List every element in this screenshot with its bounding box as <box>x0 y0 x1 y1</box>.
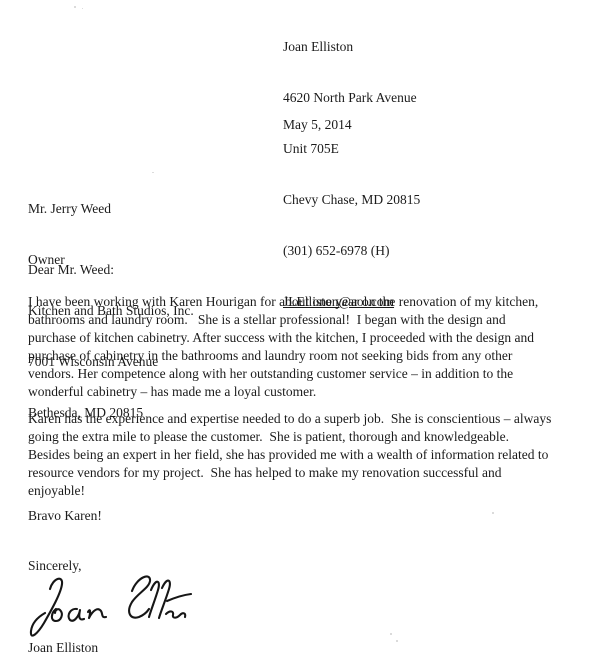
salutation: Dear Mr. Weed: <box>28 261 114 278</box>
scan-speckle <box>74 6 76 8</box>
handwritten-signature <box>20 569 200 643</box>
sender-address-line3: Chevy Chase, MD 20815 <box>283 191 420 208</box>
scan-speckle <box>396 640 398 642</box>
scanned-letter-page: Joan Elliston 4620 North Park Avenue Uni… <box>0 0 600 664</box>
scan-speckle <box>492 512 494 514</box>
scan-speckle <box>152 172 154 173</box>
sender-name: Joan Elliston <box>283 38 420 55</box>
sender-address-line2: Unit 705E <box>283 140 420 157</box>
body-paragraph-1: I have been working with Karen Hourigan … <box>28 293 593 401</box>
typed-signature-name: Joan Elliston <box>28 639 98 656</box>
body-paragraph-2: Karen has the experience and expertise n… <box>28 410 593 500</box>
recipient-name: Mr. Jerry Weed <box>28 200 194 217</box>
exclamation-line: Bravo Karen! <box>28 507 102 524</box>
scan-speckle <box>390 633 392 635</box>
sender-phone: (301) 652-6978 (H) <box>283 242 420 259</box>
letter-date: May 5, 2014 <box>283 116 352 133</box>
scan-speckle <box>82 8 83 9</box>
sender-address-line1: 4620 North Park Avenue <box>283 89 420 106</box>
